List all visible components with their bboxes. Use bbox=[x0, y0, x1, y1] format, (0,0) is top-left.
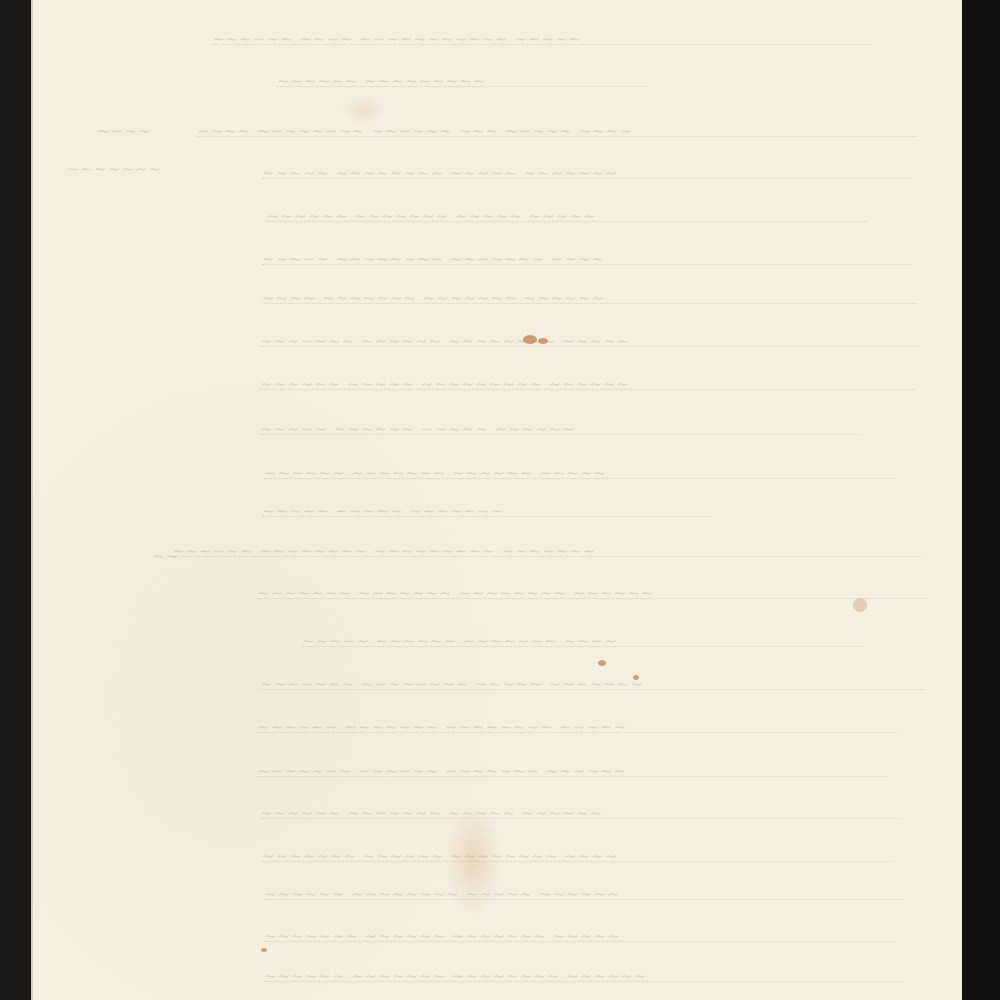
handwriting-line: ~~~~~~ ~~~~~~~ ~~~~~ ~~~~~ bbox=[267, 207, 867, 222]
handwriting-line: ~~~~~~ ~~~~~~~~~ bbox=[277, 72, 647, 87]
foxing-stain bbox=[261, 948, 267, 952]
handwriting-line: ~~~~~~~ ~~~~~~ ~~~~~~~~ ~~~~~ bbox=[260, 332, 920, 347]
foxing-stain bbox=[853, 598, 867, 612]
handwriting-line: ~~~~~~ ~~~~~~~ ~~~~~~ ~~~~~ bbox=[264, 464, 894, 479]
handwriting-line: ~~~~~~~ ~~~~~~~ ~~~~~~~~ ~~~~~~ bbox=[257, 584, 927, 599]
foxing-stain bbox=[633, 675, 639, 680]
handwriting-line: ~~~~~~ ~~~~ ~~~~~~~~~~~ ~~~~~ bbox=[212, 30, 872, 45]
handwriting-line: ~~~~ ~~~~~~~~ ~~~~~~ ~~~ ~~~~~ ~~~~ bbox=[197, 122, 917, 137]
handwriting-line: ~~~~ ~~~~~~~ ~~~~~~~ ~~~~~~ bbox=[262, 289, 917, 304]
handwriting-line: ~~~~~~~ ~~~~~~ ~~~~~~~ ~~~~~ bbox=[264, 927, 894, 942]
handwriting-line: ~~~~~~~ ~~~~~~ ~~~~~~~ ~~~~~~ bbox=[257, 762, 887, 777]
scanned-page-view: ~~~~~~ ~~~~ ~~~~~~~~~~~ ~~~~~~~~~~~ ~~~~… bbox=[0, 0, 1000, 1000]
handwriting-line: ~~~~~~~ ~~~~~~~~ ~~~~~ ~~~~~~~ bbox=[260, 675, 925, 690]
margin-note: ~~~~~~~ bbox=[67, 160, 162, 174]
handwriting-line: ~~~~~~ ~~~~~~~ ~~~~~~~~ ~~~~~~ bbox=[264, 967, 904, 982]
scan-background-left bbox=[0, 0, 31, 1000]
handwriting-line: ~~~~~~ ~~~~~~~ ~~~~~~~~ ~~~~~ bbox=[257, 718, 897, 733]
handwriting-line: ~~~~~ ~~~~~~~~ ~~~~~ ~~~~~~~ bbox=[262, 164, 912, 179]
margin-note: ~~ bbox=[152, 547, 179, 561]
handwriting-line: ~~~~~~ ~~~~~~~ ~~~~~ ~~~~~~ bbox=[260, 804, 900, 819]
handwriting-line: ~~~~~~~ ~~~~~~ ~~~~~~~~ ~~~~ bbox=[262, 847, 892, 862]
foxing-stain bbox=[523, 335, 537, 344]
handwriting-line: ~~~~~~ ~~~~~~~~ ~~~~~ ~~~~~~ bbox=[264, 885, 904, 900]
handwriting-line: ~~~~~~ ~~~~~~~~ ~~~~~~~~~ ~~~~~~~ bbox=[172, 542, 922, 557]
handwriting-line: ~~~~~ ~~~~~ ~~~~~~~ bbox=[262, 502, 712, 517]
manuscript-page: ~~~~~~ ~~~~ ~~~~~~~~~~~ ~~~~~~~~~~~ ~~~~… bbox=[31, 0, 965, 1000]
scan-background-right bbox=[962, 0, 1000, 1000]
handwriting-line: ~~~~~ ~~~~~~ ~~~~~~~ ~~~~ bbox=[302, 632, 862, 647]
handwriting-line: ~~~~~ ~~~~~~~~ ~~~~~~~ ~~~~ bbox=[262, 250, 912, 265]
handwriting-line: ~~~~~ ~~~~~~ ~~~~~ ~~~~~~ bbox=[260, 420, 860, 435]
foxing-stain bbox=[538, 338, 548, 344]
handwriting-line: ~~~~~~ ~~~~~ ~~~~~~~~~ ~~~~~~ bbox=[260, 375, 915, 390]
margin-note: ~~~~ bbox=[97, 122, 151, 136]
foxing-stain bbox=[598, 660, 606, 666]
